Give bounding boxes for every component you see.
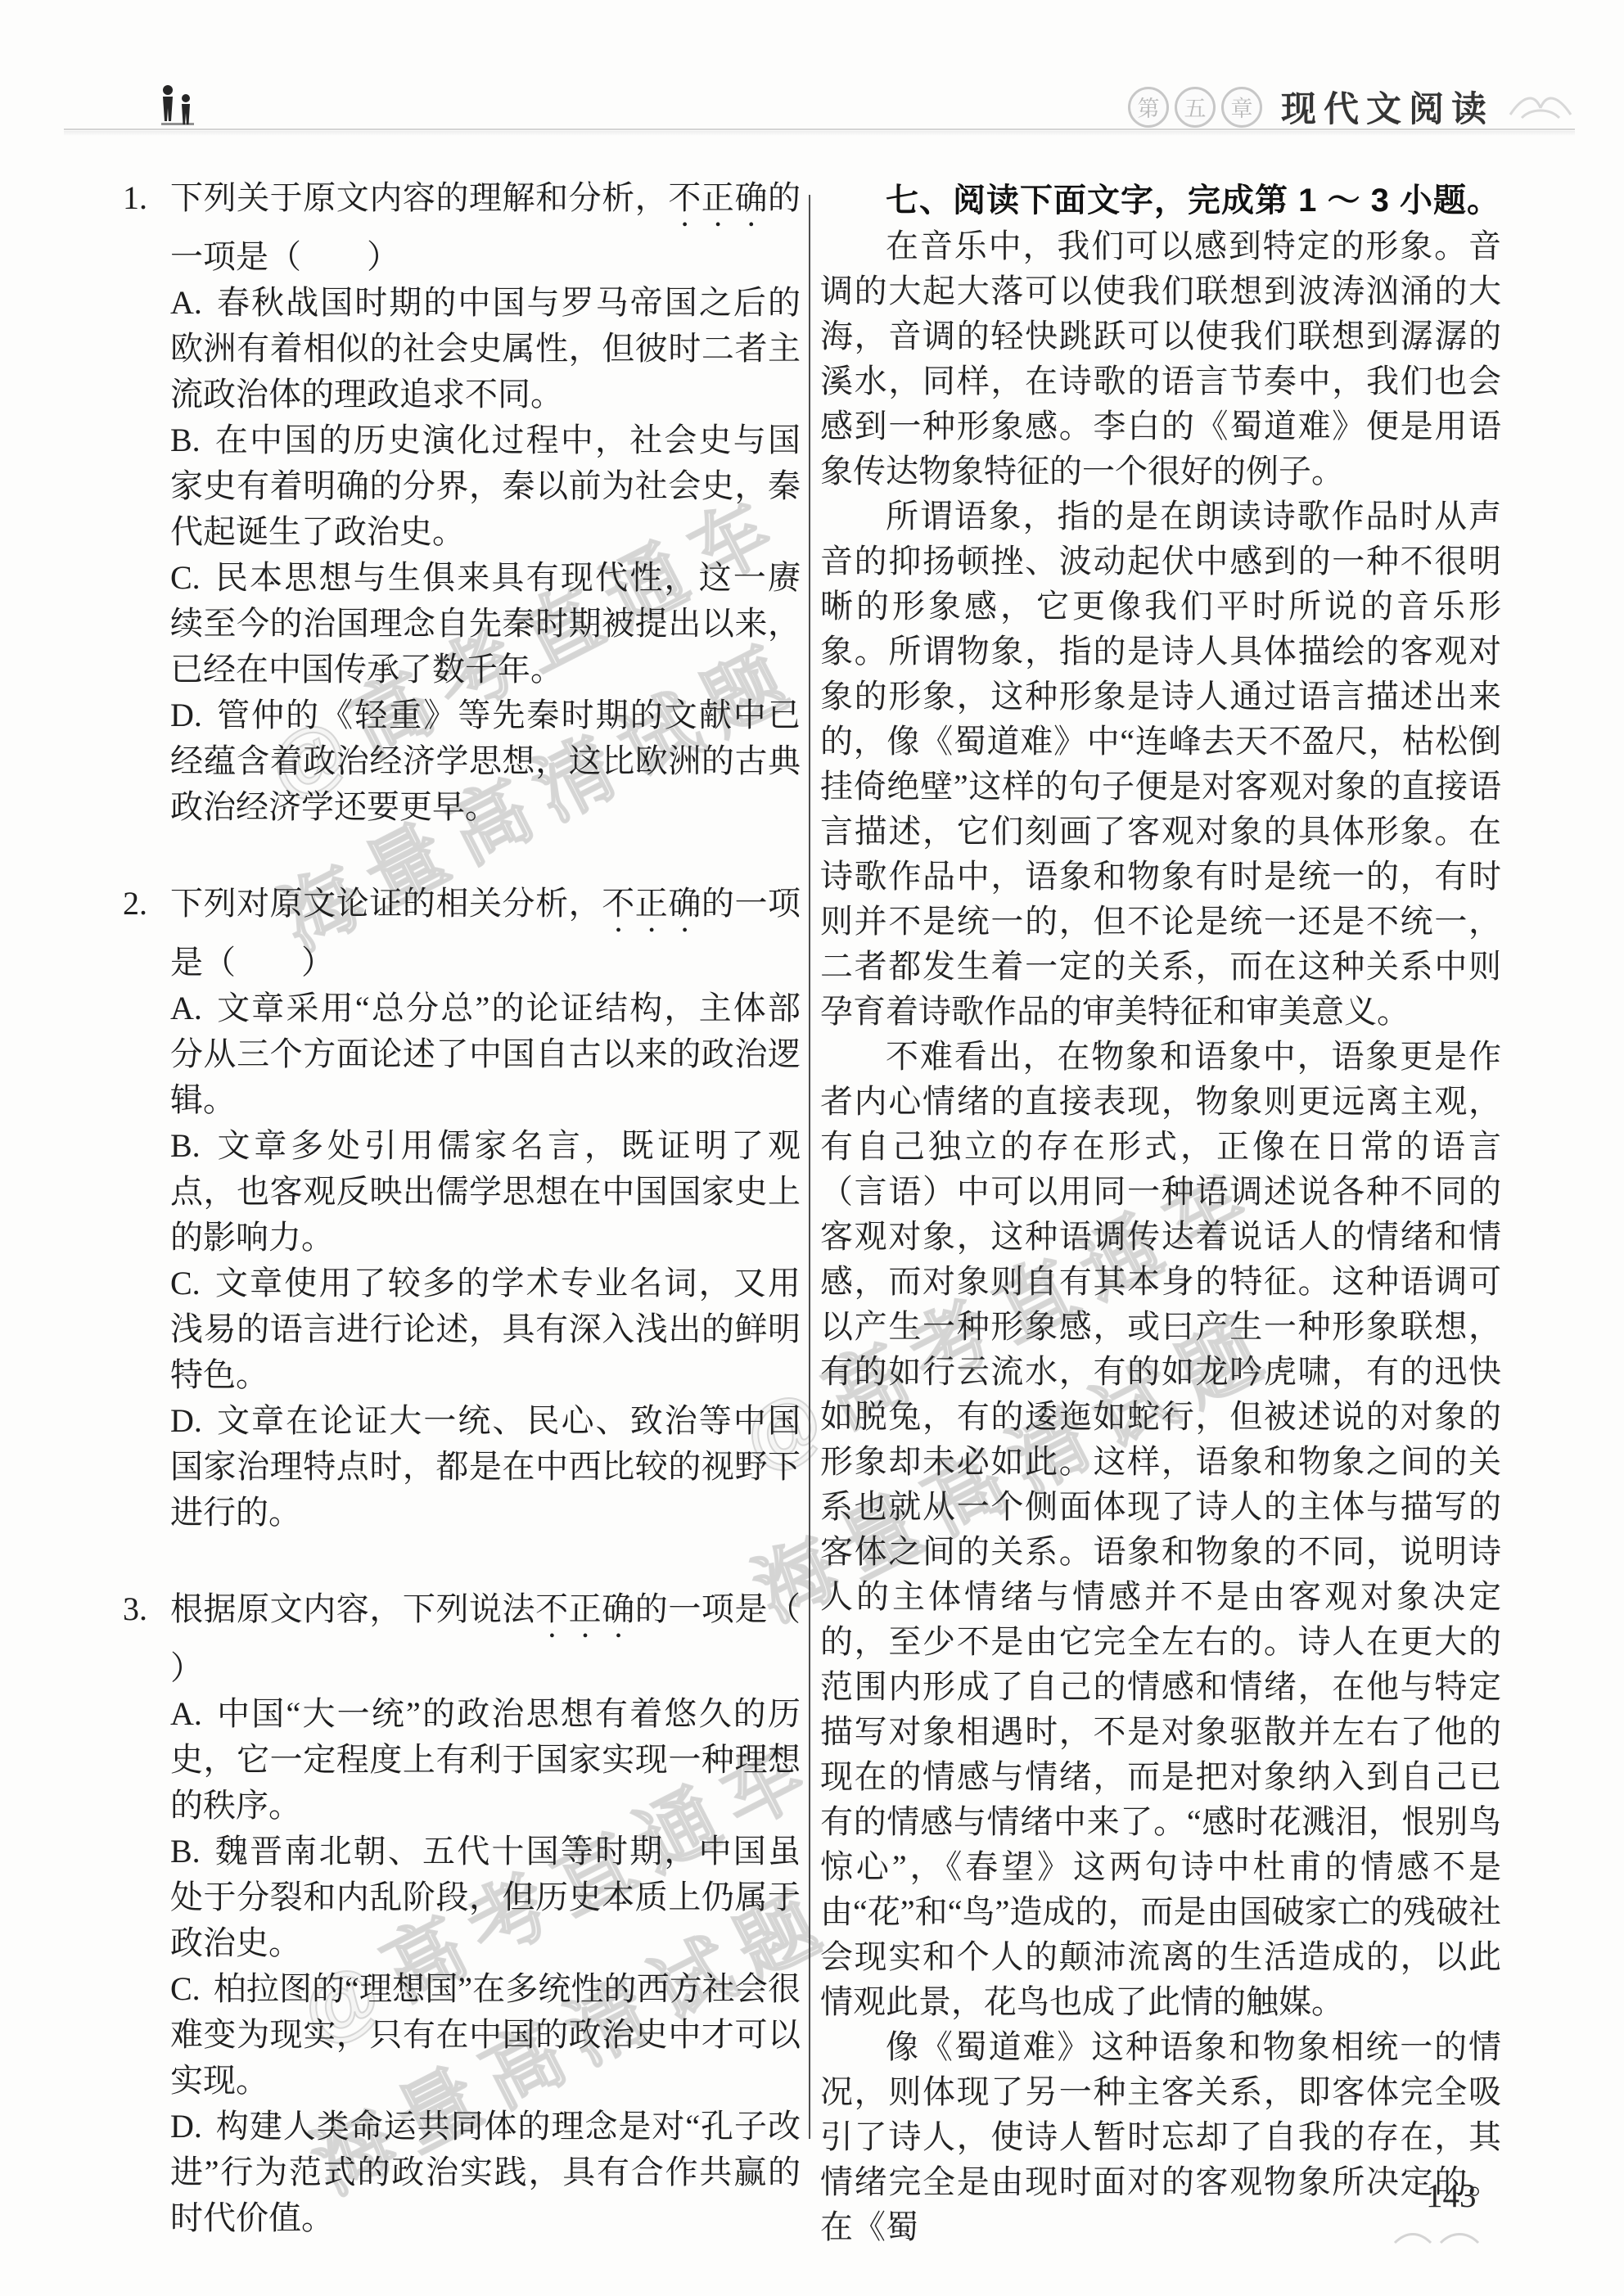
option-a: A.春秋战国时期的中国与罗马帝国之后的欧洲有着相似的社会史属性，但彼时二者主流政…: [170, 280, 801, 417]
passage-paragraph: 所谓语象，指的是在朗读诗歌作品时从声音的抑扬顿挫、波动起伏中感到的一种不很明晰的…: [820, 494, 1501, 1034]
passage-text: 在音乐中，我们可以感到特定的形象。音调的大起大落可以使我们联想到波涛汹涌的大海，…: [820, 223, 1501, 2249]
questions-column: 1. 下列关于原文内容的理解和分析，不正确的一项是（ ） A.春秋战国时期的中国…: [123, 175, 801, 2292]
header-divider: [64, 129, 1575, 130]
column-divider: [809, 195, 810, 2139]
question-stem: 根据原文内容，下列说法不正确的一项是（ ）: [170, 1586, 801, 1691]
option-c: C.文章使用了较多的学术专业名词，又用浅易的语言进行论述，具有深入浅出的鲜明特色…: [170, 1261, 801, 1398]
passage-paragraph: 在音乐中，我们可以感到特定的形象。音调的大起大落可以使我们联想到波涛汹涌的大海，…: [820, 223, 1501, 494]
question-2: 2. 下列对原文论证的相关分析，不正确的一项是（ ） A.文章采用“总分总”的论…: [123, 881, 801, 1536]
option-b: B.魏晋南北朝、五代十国等时期，中国虽处于分裂和内乱阶段，但历史本质上仍属于政治…: [170, 1829, 801, 1966]
question-number: 3.: [123, 1586, 147, 1632]
question-3: 3. 根据原文内容，下列说法不正确的一项是（ ） A.中国“大一统”的政治思想有…: [123, 1586, 801, 2241]
question-stem: 下列对原文论证的相关分析，不正确的一项是（ ）: [170, 881, 801, 986]
footer-ornament-icon: [1392, 2228, 1482, 2253]
section-heading: 七、阅读下面文字，完成第 1 ～ 3 小题。: [820, 178, 1501, 223]
option-d: D.文章在论证大一统、民心、致治等中国国家治理特点时，都是在中西比较的视野下进行…: [170, 1398, 801, 1536]
chapter-badge-char: 第: [1128, 87, 1169, 128]
option-a: A.中国“大一统”的政治思想有着悠久的历史，它一定程度上有利于国家实现一种理想的…: [170, 1691, 801, 1829]
chapter-badge: 第 五 章: [1128, 87, 1268, 128]
option-b: B.文章多处引用儒家名言，既证明了观点，也客观反映出儒学思想在中国国家史上的影响…: [170, 1123, 801, 1261]
page-number: 143: [1426, 2176, 1477, 2215]
header: 第 五 章 现代文阅读: [1128, 82, 1576, 132]
chapter-badge-char: 五: [1175, 87, 1216, 128]
header-divider-shadow: [64, 131, 1575, 136]
question-number: 2.: [123, 881, 147, 927]
question-stem: 下列关于原文内容的理解和分析，不正确的一项是（ ）: [170, 175, 801, 280]
option-b: B.在中国的历史演化过程中，社会史与国家史有着明确的分界，秦以前为社会史，秦代起…: [170, 417, 801, 555]
chapter-badge-char: 章: [1221, 87, 1262, 128]
question-number: 1.: [123, 175, 147, 221]
header-ornament-icon: [1505, 87, 1576, 127]
option-d: D.管仲的《轻重》等先秦时期的文献中已经蕴含着政治经济学思想，这比欧洲的古典政治…: [170, 692, 801, 830]
passage-column: 七、阅读下面文字，完成第 1 ～ 3 小题。 在音乐中，我们可以感到特定的形象。…: [820, 178, 1501, 2249]
question-1: 1. 下列关于原文内容的理解和分析，不正确的一项是（ ） A.春秋战国时期的中国…: [123, 175, 801, 830]
option-c: C.柏拉图的“理想国”在多统性的西方社会很难变为现实，只有在中国的政治史中才可以…: [170, 1966, 801, 2104]
passage-paragraph: 不难看出，在物象和语象中，语象更是作者内心情绪的直接表现，物象则更远离主观，有自…: [820, 1034, 1501, 2024]
option-c: C.民本思想与生俱来具有现代性，这一赓续至今的治国理念自先秦时期被提出以来，已经…: [170, 555, 801, 692]
option-d: D.构建人类命运共同体的理念是对“孔子改进”行为范式的政治实践，具有合作共赢的时…: [170, 2104, 801, 2241]
option-a: A.文章采用“总分总”的论证结构，主体部分从三个方面论述了中国自古以来的政治逻辑…: [170, 986, 801, 1123]
passage-paragraph: 像《蜀道难》这种语象和物象相统一的情况，则体现了另一种主客关系，即客体完全吸引了…: [820, 2024, 1501, 2249]
page-title: 现代文阅读: [1281, 82, 1494, 132]
